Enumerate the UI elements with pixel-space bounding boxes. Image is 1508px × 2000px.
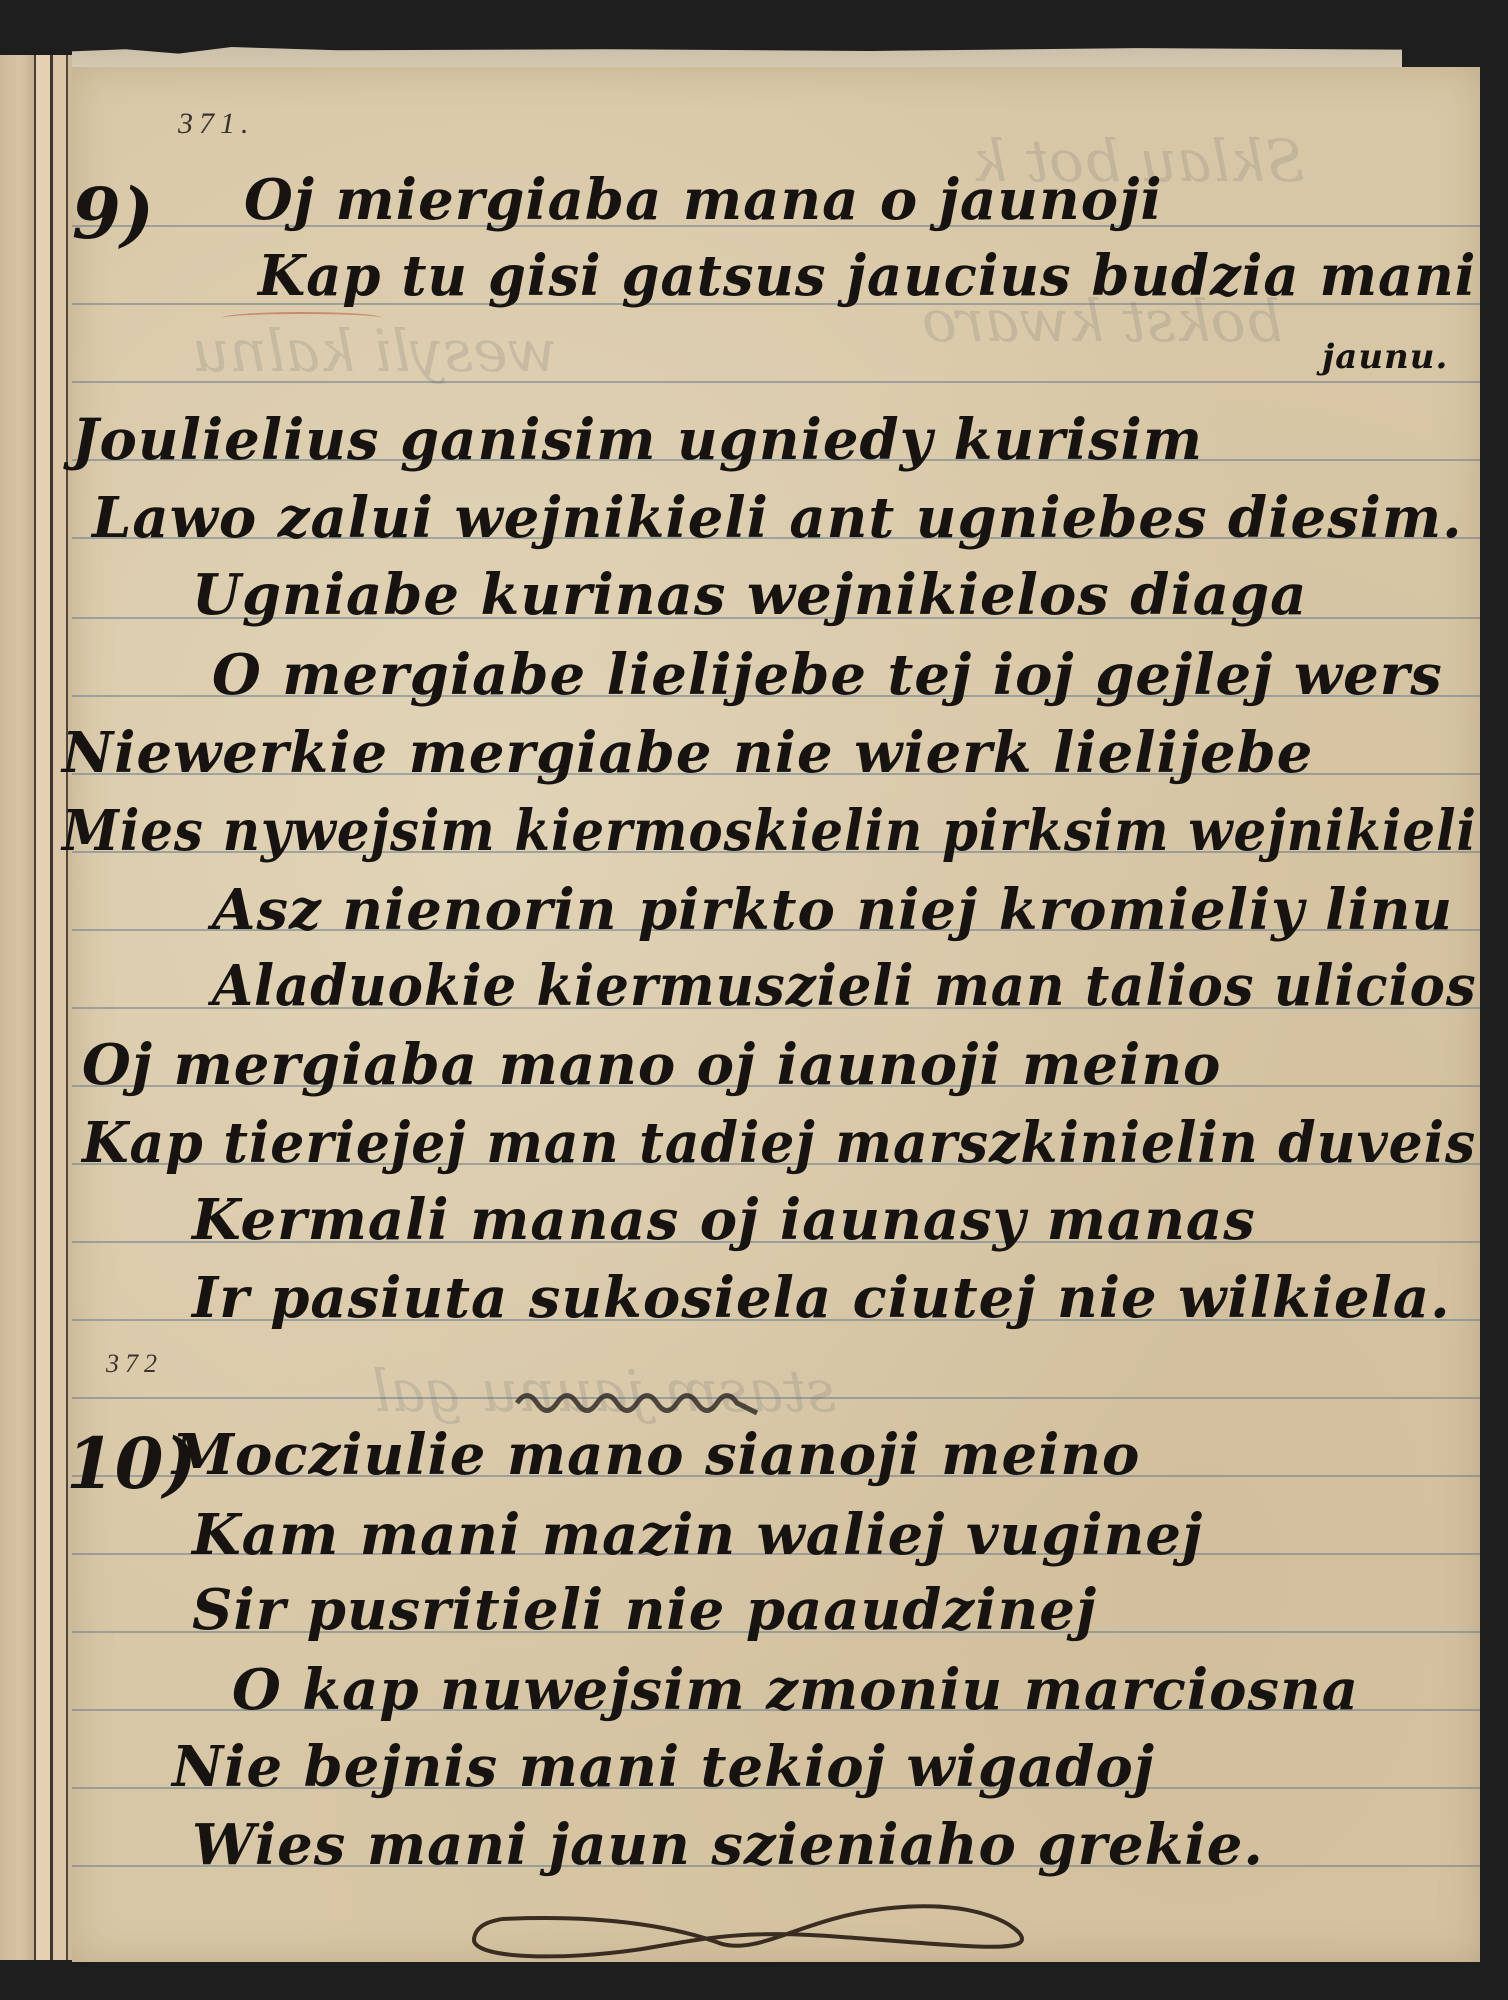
verse-line: Mocziulie mano sianoji meino [172, 1422, 1140, 1488]
binding-strip [0, 55, 34, 1960]
bleed-through-text: wesyli kalnu [192, 317, 557, 385]
verse-line: Kap tieriejej man tadiej marszkinielin d… [82, 1110, 1476, 1176]
notebook-binding [0, 55, 72, 1960]
verse-line: Kermali manas oj iaunasy manas [192, 1187, 1256, 1253]
page-number: 372 [106, 1349, 163, 1379]
verse-line: O kap nuwejsim zmoniu marciosna [232, 1657, 1359, 1723]
verse-line: Lawo zalui wejnikieli ant ugniebes diesi… [92, 485, 1463, 551]
verse-line: Ugniabe kurinas wejnikielos diaga [192, 562, 1307, 628]
verse-line: Oj miergiaba mana o jaunoji [244, 167, 1163, 233]
verse-line: Kap tu gisi gatsus jaucius budzia mani [258, 243, 1476, 309]
verse-line: Sir pusritieli nie paaudzinej [192, 1577, 1097, 1643]
page-number: 371. [178, 107, 255, 141]
verse-line: O mergiabe lielijebe tej ioj gejlej wers [212, 642, 1443, 708]
red-pencil-mark [222, 312, 382, 324]
manuscript-page: Sklau bot k bokst kwaro wesyli kalnu sta… [72, 67, 1480, 1962]
verse-line: Mies nywejsim kiermoskielin pirksim wejn… [62, 798, 1477, 864]
verse-line: Aladuokie kiermuszieli man talios ulicio… [212, 953, 1477, 1019]
torn-page-edge [72, 47, 1402, 69]
end-flourish [462, 1899, 1042, 1969]
verse-line: Niewerkie mergiabe nie wierk lielijebe [62, 720, 1313, 786]
verse-line: Wies mani jaun szieniaho grekie. [192, 1812, 1264, 1878]
verse-line: Nie bejnis mani tekioj wigadoj [172, 1734, 1155, 1800]
verse-line: Asz nienorin pirkto niej kromieliy linu [212, 877, 1453, 943]
verse-line: Oj mergiaba mano oj iaunoji meino [82, 1032, 1221, 1098]
section-divider-squiggle [512, 1383, 772, 1423]
verse-line: Joulielius ganisim ugniedy kurisim [72, 407, 1203, 473]
verse-line: Kam mani mazin waliej vuginej [192, 1502, 1203, 1568]
song-number: 9) [72, 172, 154, 255]
verse-line: Ir pasiuta sukosiela ciutej nie wilkiela… [192, 1265, 1451, 1331]
verse-line-continuation: jaunu. [1322, 337, 1448, 377]
